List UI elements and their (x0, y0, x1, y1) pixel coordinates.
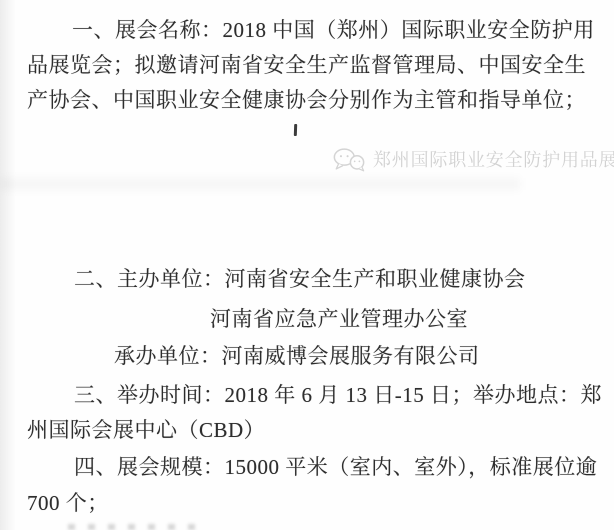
doc-line-8: 州国际会展中心（CBD） (27, 419, 265, 442)
cutoff-next-line-artifact (68, 524, 208, 530)
scan-gutter-shading (0, 0, 16, 530)
document-scan-page: 一、展会名称：2018 中国（郑州）国际职业安全防护用 品展览会；拟邀请河南省安… (0, 0, 614, 530)
doc-line-10: 700 个； (27, 492, 109, 515)
watermark-text: 郑州国际职业安全防护用品展 (373, 146, 614, 172)
wechat-chat-bubbles-icon (332, 147, 366, 172)
doc-line-2: 品展览会；拟邀请河南省安全生产监督管理局、中国安全生 (27, 54, 586, 77)
scan-band-artifact (0, 178, 520, 190)
doc-line-7: 三、举办时间：2018 年 6 月 13 日-15 日；举办地点：郑 (74, 384, 602, 407)
doc-line-9: 四、展会规模：15000 平米（室内、室外），标准展位逾 (74, 456, 597, 479)
doc-line-6: 承办单位：河南威博会展服务有限公司 (114, 345, 480, 368)
stray-mark-artifact (294, 124, 297, 136)
doc-line-1: 一、展会名称：2018 中国（郑州）国际职业安全防护用 (72, 19, 595, 42)
watermark: 郑州国际职业安全防护用品展 (332, 146, 614, 172)
doc-line-3: 产协会、中国职业安全健康协会分别作为主管和指导单位； (27, 89, 586, 112)
doc-line-5: 河南省应急产业管理办公室 (210, 308, 468, 331)
doc-line-4: 二、主办单位：河南省安全生产和职业健康协会 (74, 268, 526, 291)
